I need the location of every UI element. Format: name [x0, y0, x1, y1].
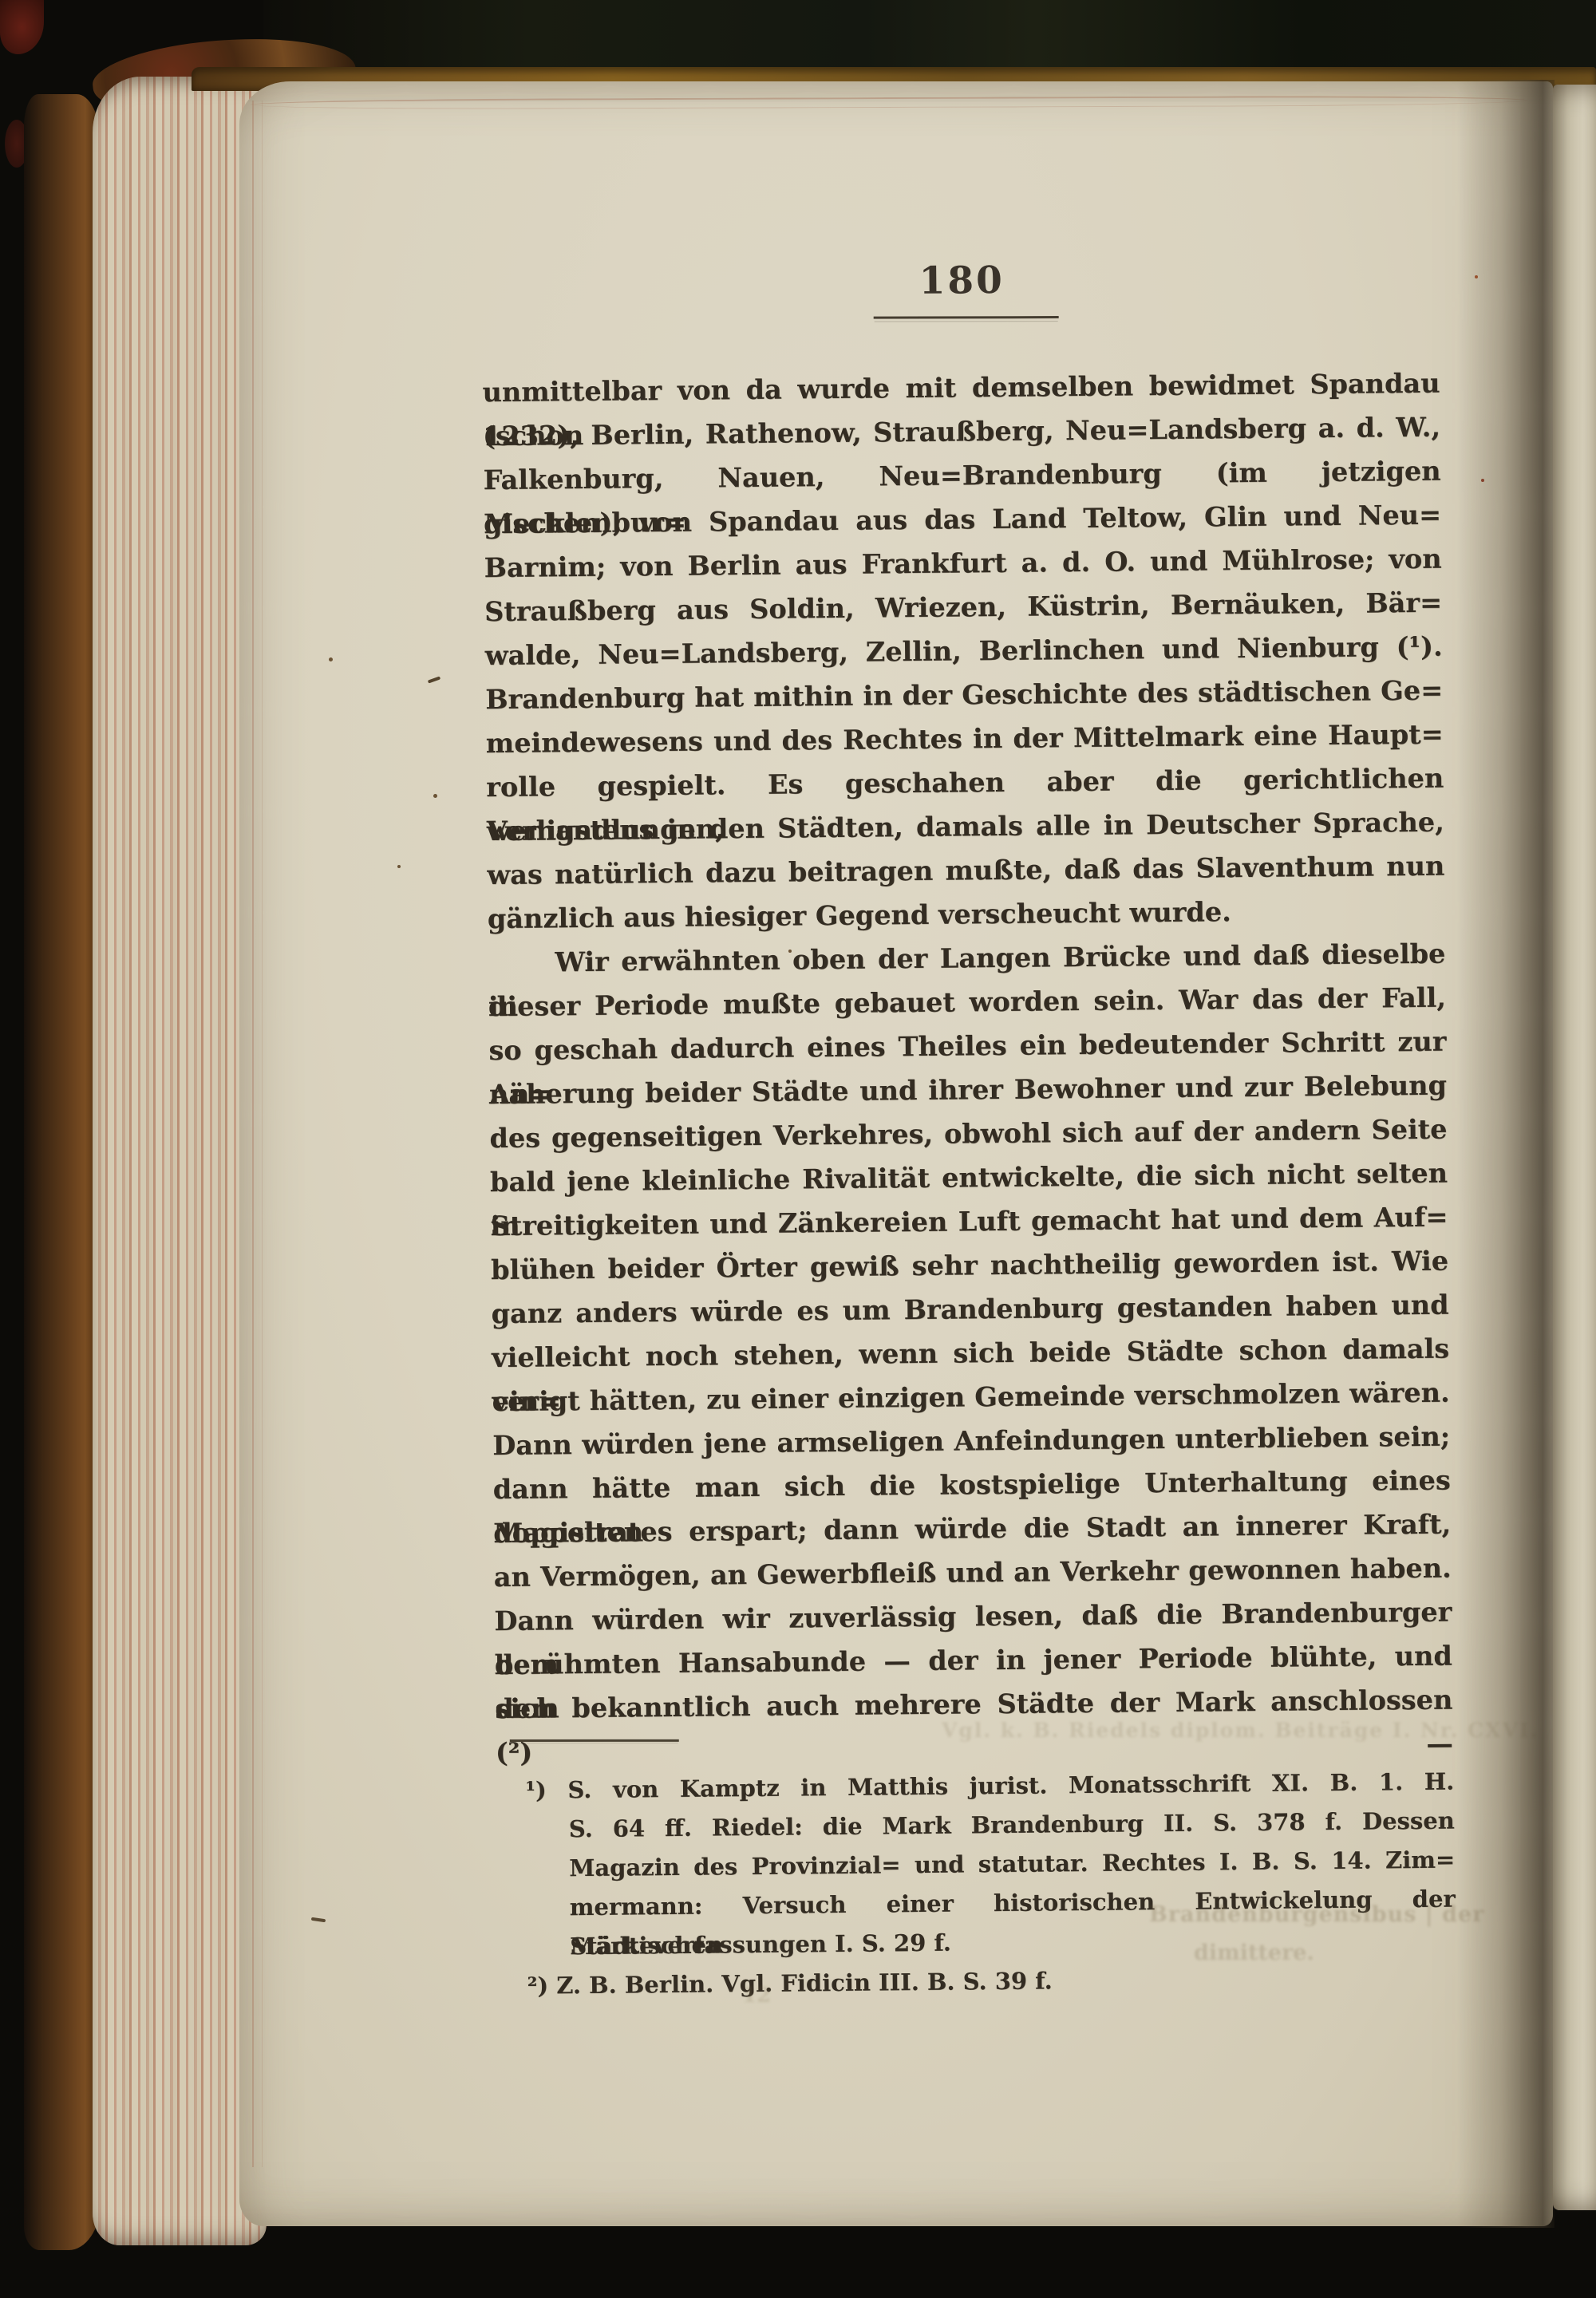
cover-board-left — [24, 94, 101, 2250]
photo-background: 180 unmittelbar von da wurde mit demselb… — [0, 0, 1596, 2298]
cover-red-mark — [0, 0, 44, 54]
gutter-shadow — [1457, 80, 1555, 2228]
footnote-separator — [510, 1739, 679, 1742]
paper-speck — [788, 950, 792, 953]
book-page: 180 unmittelbar von da wurde mit demselb… — [239, 81, 1553, 2226]
facing-page-fore-edge — [1553, 85, 1596, 2210]
text-line: was natürlich dazu beitragen mußte, daß … — [487, 844, 1444, 898]
showthrough-text: Vgl. k. B. Riedels diplom. Beiträge I. N… — [942, 1719, 1539, 1742]
paper-speck — [397, 865, 401, 868]
page-number-underline — [874, 316, 1059, 319]
paper-speck — [433, 794, 437, 798]
showthrough-text: Brandenburgensibus | der — [1149, 1902, 1484, 1927]
book-cover-top-edge — [263, 0, 1596, 77]
footnotes: ¹) S. von Kamptz in Matthis jurist. Mona… — [568, 1763, 1456, 2006]
paper-speck — [329, 657, 333, 661]
showthrough-text: dimittere. — [1194, 1941, 1314, 1965]
showthrough-signature-mark: 12 — [742, 1984, 771, 2008]
footnote-line: ²) Z. B. Berlin. Vgl. Fidicin III. B. S.… — [570, 1958, 1456, 2006]
body-text: unmittelbar von da wurde mit demselben b… — [482, 361, 1452, 1731]
page-number: 180 — [868, 258, 1056, 303]
